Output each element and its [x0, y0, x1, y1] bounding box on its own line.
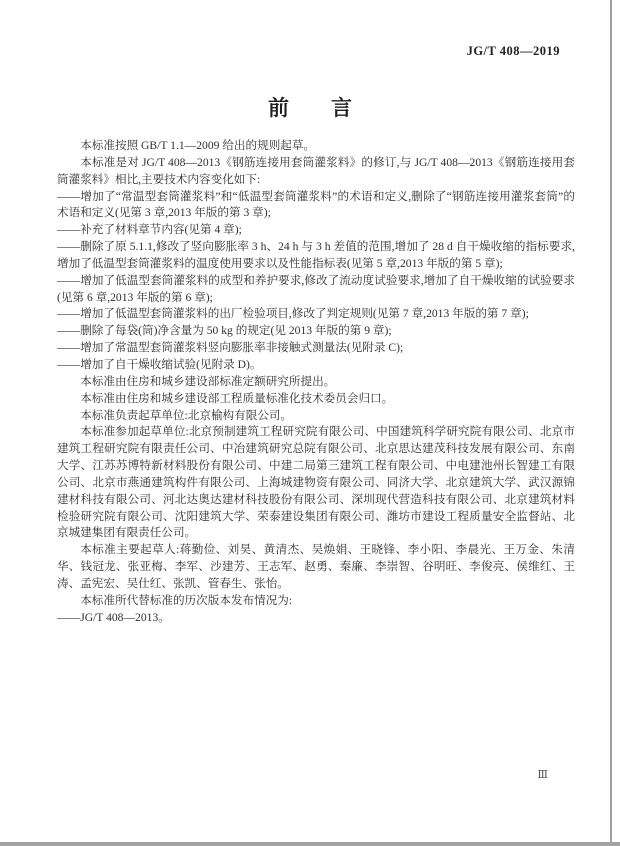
- change-item-6: ——删除了每袋(筒)净含量为 50 kg 的规定(见 2013 年版的第 9 章…: [57, 323, 575, 340]
- paragraph-centralized-by: 本标准由住房和城乡建设部工程质量标准化技术委员会归口。: [57, 391, 575, 408]
- foreword-body: 本标准按照 GB/T 1.1—2009 给出的规则起草。 本标准是对 JG/T …: [57, 138, 575, 626]
- change-item-8: ——增加了自干燥收缩试验(见附录 D)。: [57, 357, 575, 374]
- paragraph-main-drafters: 本标准主要起草人:蒋勤俭、刘昊、黄清杰、吴焕娟、王晓锋、李小阳、李晨光、王万金、…: [57, 542, 575, 593]
- paragraph-participating-units: 本标准参加起草单位:北京预制建筑工程研究院有限公司、中国建筑科学研究院有限公司、…: [57, 424, 575, 542]
- change-item-5: ——增加了低温型套筒灌浆料的出厂检验项目,修改了判定规则(见第 7 章,2013…: [57, 306, 575, 323]
- page-title: 前 言: [0, 92, 620, 122]
- paragraph-proposed-by: 本标准由住房和城乡建设部标准定额研究所提出。: [57, 374, 575, 391]
- change-item-7: ——增加了常温型套筒灌浆料竖向膨胀率非接触式测量法(见附录 C);: [57, 340, 575, 357]
- change-item-1: ——增加了“常温型套筒灌浆料”和“低温型套筒灌浆料”的术语和定义,删除了“钢筋连…: [57, 189, 575, 223]
- page-edge-right-shadow: [610, 0, 612, 842]
- paragraph-chief-unit: 本标准负责起草单位:北京榆构有限公司。: [57, 408, 575, 425]
- page-number: Ⅲ: [537, 768, 548, 781]
- previous-edition-item: ——JG/T 408—2013。: [57, 610, 575, 627]
- paragraph-drafting-rule: 本标准按照 GB/T 1.1—2009 给出的规则起草。: [57, 138, 575, 155]
- paragraph-previous-editions-intro: 本标准所代替标准的历次版本发布情况为:: [57, 593, 575, 610]
- standard-number: JG/T 408—2019: [467, 44, 560, 59]
- change-item-4: ——增加了低温型套筒灌浆料的成型和养护要求,修改了流动度试验要求,增加了自干燥收…: [57, 273, 575, 307]
- page-edge-bottom-shadow: [0, 842, 620, 846]
- document-page: JG/T 408—2019 前 言 本标准按照 GB/T 1.1—2009 给出…: [0, 0, 620, 846]
- change-item-3: ——删除了原 5.1.1,修改了竖向膨胀率 3 h、24 h 与 3 h 差值的…: [57, 239, 575, 273]
- change-item-2: ——补充了材料章节内容(见第 4 章);: [57, 222, 575, 239]
- paragraph-revision-intro: 本标准是对 JG/T 408—2013《钢筋连接用套筒灌浆料》的修订,与 JG/…: [57, 155, 575, 189]
